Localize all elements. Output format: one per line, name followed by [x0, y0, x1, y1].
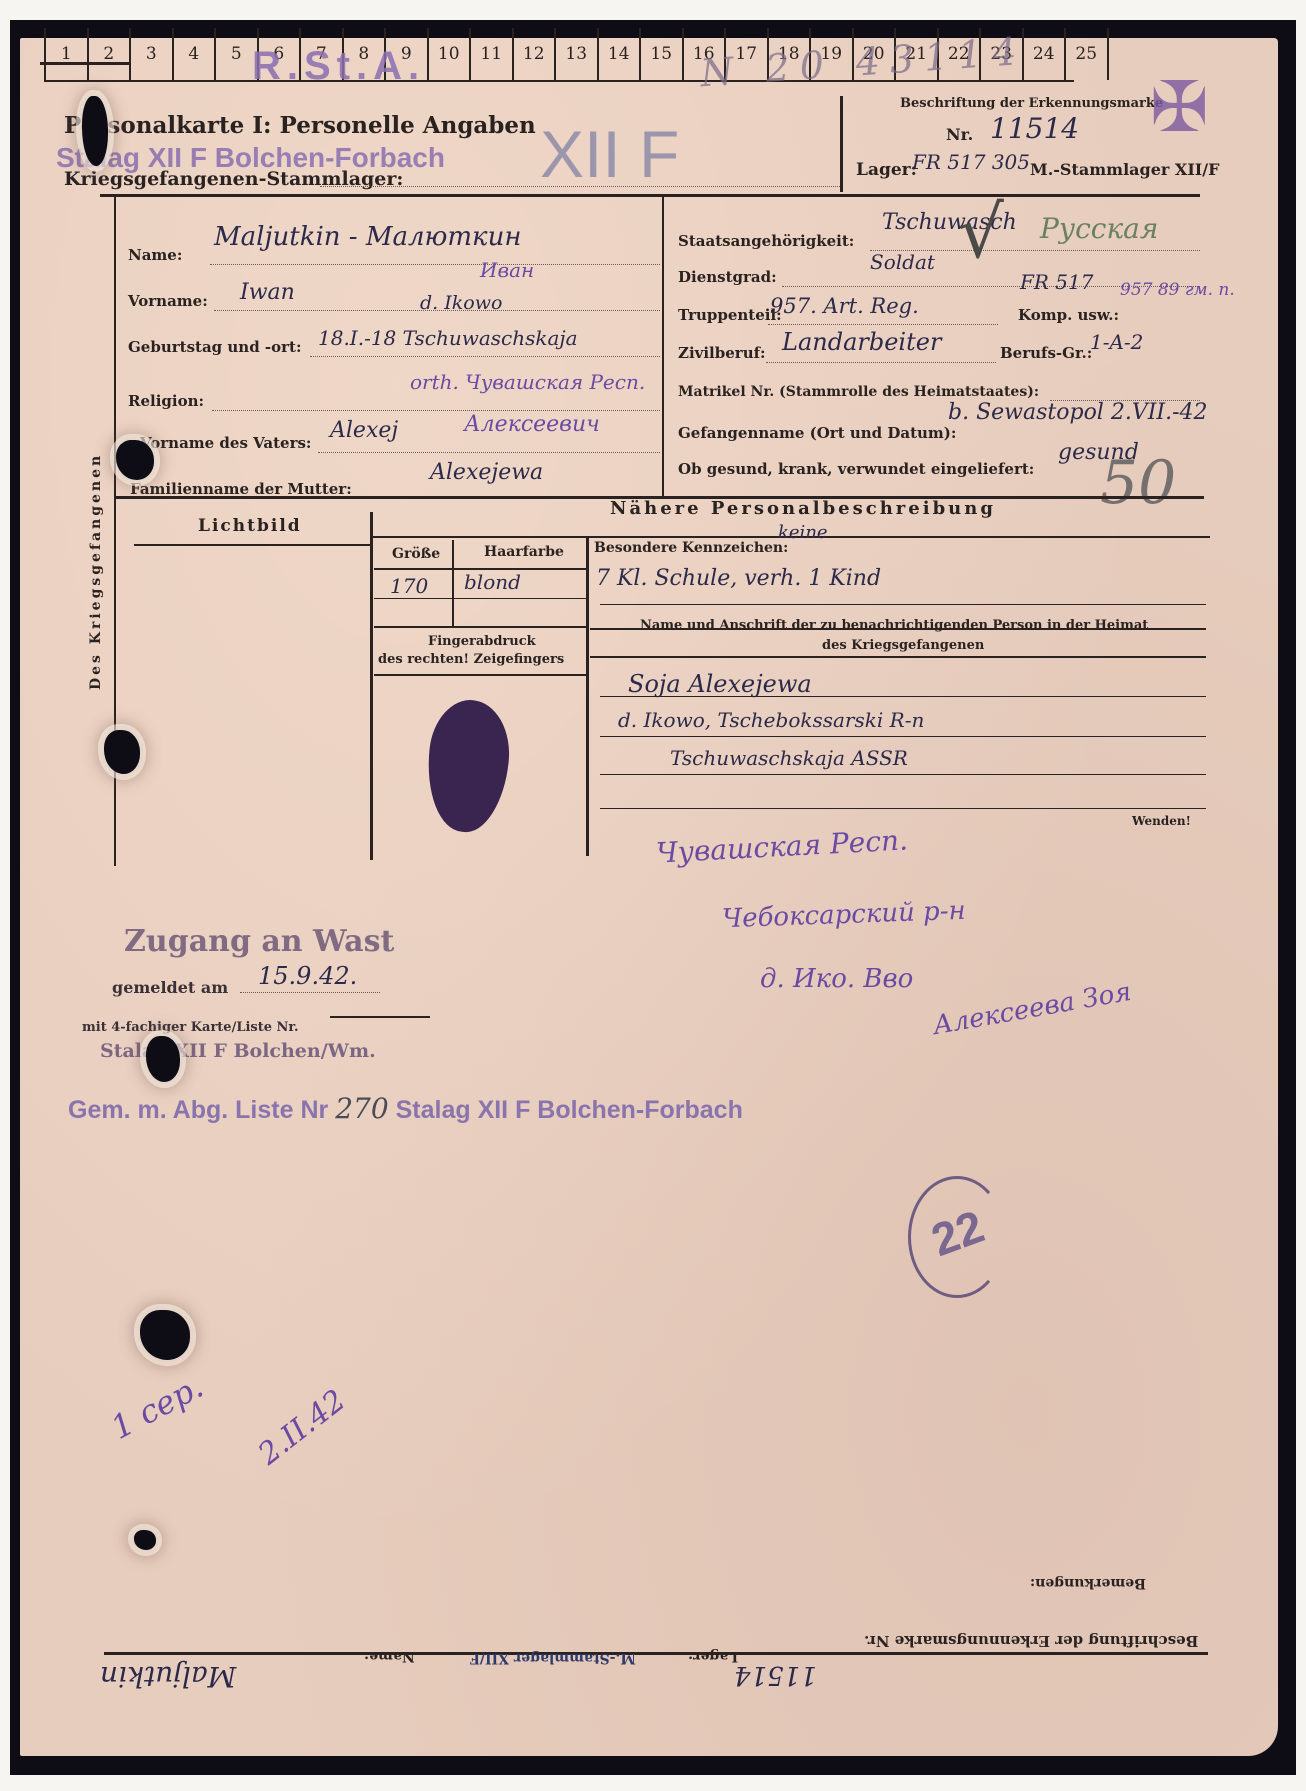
- name-label: Name:: [128, 246, 182, 264]
- margin-number: 50: [1100, 448, 1176, 518]
- strip-cell: 13: [554, 28, 597, 80]
- fingerprint-label-1: Fingerabdruck: [428, 634, 536, 649]
- marks-line2: 7 Kl. Schule, verh. 1 Kind: [596, 566, 881, 591]
- header-rule: [100, 194, 1200, 197]
- lager-value: FR 517 305: [912, 150, 1030, 174]
- unit-label: Truppenteil:: [678, 306, 782, 324]
- contact-line-2: d. Ikowo, Tschebokssarski R-n: [618, 708, 924, 732]
- religion-label: Religion:: [128, 392, 204, 410]
- lager-label: Lager:: [856, 160, 917, 180]
- group-label: Berufs-Gr.:: [1000, 344, 1092, 362]
- fingerprint-label-2: des rechten! Zeigefingers: [378, 652, 564, 667]
- reported-value: 15.9.42.: [258, 962, 357, 990]
- height-label: Größe: [392, 546, 440, 562]
- strip-cell: 10: [427, 28, 470, 80]
- footer-lager-label: Lager:: [688, 1648, 738, 1664]
- punch-hole: [146, 1036, 180, 1082]
- remarks-label: Bemerkungen:: [1030, 1575, 1146, 1591]
- punch-hole: [82, 96, 108, 166]
- rank-value: Soldat: [870, 250, 935, 274]
- tag-nr-value: 11514: [990, 112, 1079, 145]
- list-stamp: Gem. m. Abg. Liste Nr 270 Stalag XII F B…: [68, 1092, 743, 1125]
- strip-strike-line: [40, 62, 130, 65]
- list-stamp-suffix: Stalag XII F Bolchen-Forbach: [396, 1096, 743, 1124]
- tag-heading: Beschriftung der Erkennungsmarke: [900, 96, 1163, 111]
- list-stamp-prefix: Gem. m. Abg. Liste Nr: [68, 1096, 328, 1124]
- strip-cell: 4: [172, 28, 215, 80]
- unit-note: FR 517: [1020, 270, 1093, 294]
- description-heading: Nähere Personalbeschreibung: [610, 498, 996, 519]
- contact-heading-2: des Kriegsgefangenen: [822, 638, 984, 653]
- group-value: 1-A-2: [1090, 330, 1143, 354]
- strip-cell: 15: [639, 28, 682, 80]
- father-value: Alexej: [330, 418, 398, 443]
- punch-hole: [104, 730, 140, 774]
- tag-nr-label: Nr.: [946, 125, 973, 144]
- footer-lager-stamp: M.-Stammlager XII/F: [470, 1650, 636, 1666]
- nationality-note: Русская: [1040, 212, 1158, 245]
- strip-cell: 3: [129, 28, 172, 80]
- footer-tag-label: Beschriftung der Erkennungsmarke Nr.: [864, 1632, 1198, 1650]
- footer-tag-value: 11514: [734, 1660, 817, 1690]
- name-value: Maljutkin - Малюткин: [214, 222, 521, 252]
- civil-label: Zivilberuf:: [678, 344, 766, 362]
- height-value: 170: [390, 574, 428, 598]
- rank-label: Dienstgrad:: [678, 268, 777, 286]
- birth-value-line2: orth. Чувашская Респ.: [410, 370, 645, 394]
- vorname-value: Iwan: [240, 280, 295, 305]
- company-value: 957 89 гм. п.: [1120, 280, 1235, 300]
- camp-stamp-large: XII F: [540, 116, 679, 192]
- list-label: mit 4-fachiger Karte/Liste Nr.: [82, 1020, 299, 1035]
- nationality-label: Staatsangehörigkeit:: [678, 232, 854, 250]
- birth-value: 18.I.-18 Tschuwaschskaja: [318, 326, 578, 350]
- unit-value: 957. Art. Reg.: [770, 294, 919, 318]
- punch-hole: [116, 440, 154, 480]
- capture-value: b. Sewastopol 2.VII.-42: [948, 400, 1208, 425]
- capture-label: Gefangenname (Ort und Datum):: [678, 424, 956, 442]
- strip-bottom-rule: [44, 80, 1074, 82]
- rsta-stamp: R.St.A.: [252, 44, 425, 89]
- strip-cell: 11: [469, 28, 512, 80]
- father-label: Vorname des Vaters:: [140, 434, 311, 452]
- hair-label: Haarfarbe: [484, 544, 564, 560]
- vorname-note: Иван: [480, 258, 534, 282]
- contact-heading-1: Name und Anschrift der zu benachrichtige…: [640, 618, 1148, 633]
- contact-line-1: Soja Alexejewa: [628, 670, 812, 698]
- photo-label: Lichtbild: [198, 516, 302, 536]
- footer-name-label: Name:: [364, 1648, 415, 1664]
- footer-name-value: Maljutkin: [100, 1660, 236, 1693]
- marks-label: Besondere Kennzeichen:: [594, 540, 788, 556]
- card-title: Personalkarte I: Personelle Angaben: [64, 112, 536, 139]
- cyrillic-note-3: д. Ико. Вво: [760, 964, 913, 994]
- list-number: 270: [335, 1092, 388, 1125]
- strip-cell: 1: [44, 28, 87, 80]
- stalag-line-stamp: Stalag XII F Bolchen/Wm.: [100, 1040, 376, 1062]
- health-label: Ob gesund, krank, verwundet eingeliefert…: [678, 460, 1034, 478]
- strip-cell: 2: [87, 28, 130, 80]
- strip-cell: 25: [1064, 28, 1109, 80]
- hair-value: blond: [464, 570, 521, 594]
- lager-stamp: M.-Stammlager XII/F: [1030, 160, 1220, 179]
- reported-label: gemeldet am: [112, 978, 228, 997]
- check-mark-icon: √: [958, 190, 1004, 274]
- marks-value: keine: [778, 522, 828, 543]
- birth-place-note: d. Ikowo: [420, 292, 502, 314]
- personnel-card: [20, 38, 1278, 1756]
- mother-value: Alexejewa: [430, 460, 543, 485]
- birth-label: Geburtstag und -ort:: [128, 338, 302, 356]
- company-label: Komp. usw.:: [1018, 306, 1119, 324]
- civil-value: Landarbeiter: [782, 328, 941, 356]
- arrival-stamp-title: Zugang an Wast: [124, 924, 394, 959]
- strip-cell: 12: [512, 28, 555, 80]
- eagle-stamp-icon: ✠: [1150, 66, 1209, 148]
- punch-hole: [134, 1530, 156, 1550]
- strip-cell: 14: [597, 28, 640, 80]
- contact-line-3: Tschuwaschskaja ASSR: [670, 746, 908, 770]
- vorname-label: Vorname:: [128, 292, 208, 310]
- father-note: Алексеевич: [464, 412, 600, 437]
- side-label: Des Kriegsgefangenen: [88, 453, 104, 690]
- turn-label: Wenden!: [1132, 814, 1191, 828]
- matrikel-label: Matrikel Nr. (Stammrolle des Heimatstaat…: [678, 384, 1039, 400]
- strip-cell: 5: [214, 28, 257, 80]
